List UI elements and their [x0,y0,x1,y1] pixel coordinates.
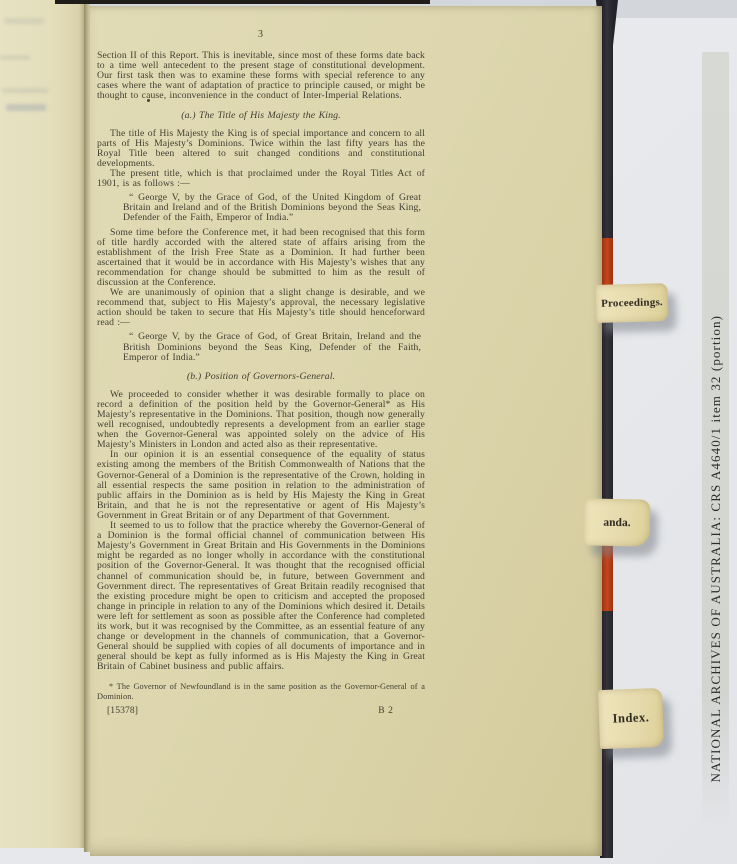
tab-label: Index. [612,710,649,726]
section-b-heading: (b.) Position of Governors-General. [97,372,425,382]
paragraph: The title of His Majesty the King is of … [97,129,425,169]
paragraph: Some time before the Conference met, it … [97,228,425,289]
page-number: 3 [97,30,425,40]
footnote: * The Governor of Newfoundland is in the… [97,682,425,701]
tab-label: Proceedings. [601,296,663,310]
facing-page-edge [0,0,84,848]
tab-index: Index. [598,688,664,749]
page-footer: [15378] B 2 [97,706,425,716]
intro-paragraph: Section II of this Report. This is inevi… [97,51,425,101]
paragraph: In our opinion it is an essential conseq… [97,450,425,521]
section-a-heading: (a.) The Title of His Majesty the King. [97,111,425,121]
archive-reference-label: NATIONAL ARCHIVES OF AUSTRALIA: CRS A464… [708,315,724,782]
paragraph: We proceeded to consider whether it was … [97,390,425,451]
page-text-column: 3 Section II of this Report. This is ine… [97,30,425,716]
paragraph: It seemed to us to follow that the pract… [97,521,425,672]
paragraph: We are unanimously of opinion that a sli… [97,288,425,328]
tab-proceedings: Proceedings. [596,283,669,323]
print-number: [15378] [107,706,138,716]
royal-title-quote: “ George V, by the Grace of God, of Grea… [123,332,421,362]
royal-title-quote: “ George V, by the Grace of God, of the … [123,193,421,223]
archival-scan: 3 Section II of this Report. This is ine… [0,0,737,864]
paragraph: The present title, which is that proclai… [97,169,425,189]
archive-reference-band: NATIONAL ARCHIVES OF AUSTRALIA: CRS A464… [702,52,729,832]
book-top-edge [55,0,430,4]
signature-mark: B 2 [378,706,393,716]
bleed-through-mark [4,18,44,24]
tab-memoranda-partial: anda. [584,498,651,546]
tab-label: anda. [603,516,630,528]
bleed-through-mark [0,55,30,60]
bleed-through-mark [6,104,46,111]
bleed-through-mark [2,88,48,93]
